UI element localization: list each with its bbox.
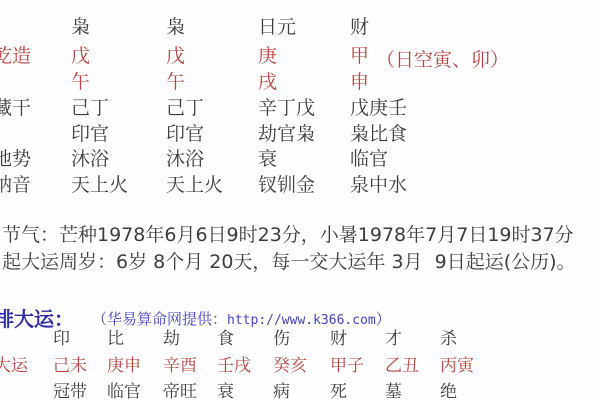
branches-row: 午 午 戌 申 xyxy=(0,71,600,95)
dayun-stage-7: 墓 xyxy=(385,382,402,400)
stem-day: 庚 xyxy=(258,45,277,67)
branch-day: 戌 xyxy=(258,71,277,93)
dayun-god-3: 劫 xyxy=(163,329,180,349)
dayun-pillar-5: 癸亥 xyxy=(273,356,307,376)
life-stage-year: 沐浴 xyxy=(71,148,109,170)
provider-credit: （华易算命网提供：http://www.k366.com） xyxy=(92,308,391,329)
nayin-day: 钗钏金 xyxy=(258,174,315,196)
provider-url: http://www.k366.com xyxy=(227,313,376,328)
hidden-stems-day: 辛丁戊 xyxy=(258,97,315,119)
god-year: 枭 xyxy=(71,16,90,38)
stems-row: 乾造 戊 戊 庚 甲 （日空寅、卯） xyxy=(0,45,600,69)
dayun-pillar-3: 辛酉 xyxy=(163,356,197,376)
branch-month: 午 xyxy=(166,71,185,93)
stem-month: 戊 xyxy=(166,45,185,67)
pillar-gods-row: 枭 枭 日元 财 xyxy=(0,16,600,40)
luck-start-line: 起大运周岁：6岁 8个月 20天，每一交大运年 3月 9日起运(公历)。 xyxy=(2,251,598,273)
life-stage-hour: 临官 xyxy=(350,148,388,170)
dayun-stage-6: 死 xyxy=(330,382,347,400)
dayun-stage-4: 衰 xyxy=(217,382,234,400)
dayun-pillar-8: 丙寅 xyxy=(440,356,474,376)
dayun-pillar-4: 壬戌 xyxy=(217,356,251,376)
day-void-note: （日空寅、卯） xyxy=(376,45,509,72)
life-stage-label: 地势 xyxy=(0,148,31,170)
life-stage-month: 沐浴 xyxy=(166,148,204,170)
hidden-stems-label: 藏干 xyxy=(0,97,31,119)
branch-hour: 申 xyxy=(350,71,369,93)
hidden-stems-year: 己丁 xyxy=(71,97,109,119)
hidden-gods-row: 印官 印官 劫官枭 枭比食 xyxy=(0,123,600,147)
hidden-gods-year: 印官 xyxy=(71,123,109,145)
dayun-stage-5: 病 xyxy=(273,382,290,400)
nayin-label: 纳音 xyxy=(0,174,31,196)
dayun-god-6: 财 xyxy=(330,329,347,349)
dayun-god-5: 伤 xyxy=(273,329,290,349)
stem-year: 戊 xyxy=(71,45,90,67)
dayun-gods-row: 印 比 劫 食 伤 财 才 杀 xyxy=(0,329,600,351)
dayun-pillar-2: 庚申 xyxy=(107,356,141,376)
hidden-stems-hour: 戊庚壬 xyxy=(350,97,407,119)
dayun-god-8: 杀 xyxy=(440,329,457,349)
dayun-god-1: 印 xyxy=(53,329,70,349)
life-stage-day: 衰 xyxy=(258,148,277,170)
dayun-stage-3: 帝旺 xyxy=(163,382,197,400)
dayun-pillars-row: 大运 己未 庚申 辛酉 壬戌 癸亥 甲子 乙丑 丙寅 xyxy=(0,356,600,378)
dayun-stage-8: 绝 xyxy=(440,382,457,400)
dayun-god-7: 才 xyxy=(385,329,402,349)
god-month: 枭 xyxy=(166,16,185,38)
god-hour: 财 xyxy=(350,16,369,38)
dayun-row-label: 大运 xyxy=(0,356,28,376)
dayun-pillar-1: 己未 xyxy=(53,356,87,376)
branch-year: 午 xyxy=(71,71,90,93)
god-day: 日元 xyxy=(258,16,296,38)
nayin-month: 天上火 xyxy=(166,174,223,196)
nayin-row: 纳音 天上火 天上火 钗钏金 泉中水 xyxy=(0,174,600,198)
stem-hour: 甲 xyxy=(350,45,369,67)
provider-suffix: ） xyxy=(376,310,391,328)
hidden-stems-month: 己丁 xyxy=(166,97,204,119)
hidden-stems-row: 藏干 己丁 己丁 辛丁戊 戊庚壬 xyxy=(0,97,600,121)
hidden-gods-hour: 枭比食 xyxy=(350,123,407,145)
dayun-stage-1: 冠带 xyxy=(53,382,87,400)
dayun-pillar-6: 甲子 xyxy=(330,356,364,376)
nayin-year: 天上火 xyxy=(71,174,128,196)
nayin-hour: 泉中水 xyxy=(350,174,407,196)
dayun-god-4: 食 xyxy=(217,329,234,349)
bazi-chart-page: 枭 枭 日元 财 乾造 戊 戊 庚 甲 （日空寅、卯） 午 午 戌 申 藏干 己… xyxy=(0,0,600,400)
hidden-gods-month: 印官 xyxy=(166,123,204,145)
dayun-stages-row: 冠带 临官 帝旺 衰 病 死 墓 绝 xyxy=(0,382,600,400)
provider-prefix: （华易算命网提供： xyxy=(92,310,227,328)
solar-terms-line: 节气：芒种1978年6月6日9时23分，小暑1978年7月7日19时37分 xyxy=(2,224,598,246)
dayun-stage-2: 临官 xyxy=(107,382,141,400)
chart-type-label: 乾造 xyxy=(0,45,31,67)
hidden-gods-day: 劫官枭 xyxy=(258,123,315,145)
dayun-section-title: 排大运： xyxy=(0,303,74,332)
life-stage-row: 地势 沐浴 沐浴 衰 临官 xyxy=(0,148,600,172)
dayun-god-2: 比 xyxy=(107,329,124,349)
dayun-pillar-7: 乙丑 xyxy=(385,356,419,376)
